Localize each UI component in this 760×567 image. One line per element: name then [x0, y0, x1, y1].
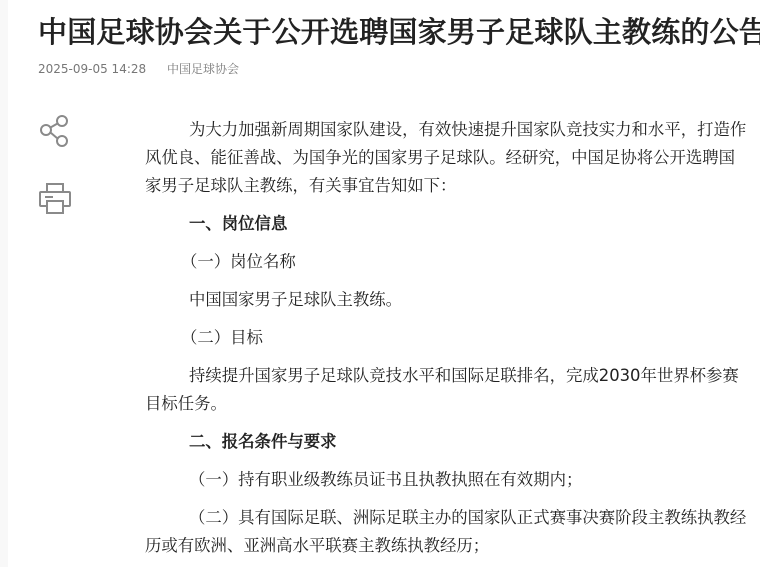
- publish-date: 2025-09-05 14:28: [38, 62, 146, 76]
- page-left-gutter: [0, 0, 8, 567]
- goal-text: 持续提升国家男子足球队竞技水平和国际足联排名，完成2030年世界杯参赛目标任务。: [145, 362, 750, 418]
- subheading-goal: （二）目标: [137, 324, 750, 352]
- position-name-text: 中国国家男子足球队主教练。: [145, 286, 750, 314]
- subheading-position-name: （一）岗位名称: [137, 248, 750, 276]
- share-button[interactable]: [37, 112, 73, 148]
- section-heading-requirements: 二、报名条件与要求: [145, 428, 750, 456]
- section-heading-position-info: 一、岗位信息: [145, 210, 750, 238]
- article-meta: 2025-09-05 14:28 中国足球协会: [38, 60, 256, 77]
- print-button[interactable]: [37, 180, 73, 216]
- requirement-item-2: （二）具有国际足联、洲际足联主办的国家队正式赛事决赛阶段主教练执教经历或有欧洲、…: [145, 504, 750, 560]
- share-icon: [37, 112, 73, 148]
- article-body: 为大力加强新周期国家队建设，有效快速提升国家队竞技实力和水平，打造作风优良、能征…: [145, 116, 750, 567]
- print-icon: [37, 180, 73, 216]
- article-title: 中国足球协会关于公开选聘国家男子足球队主教练的公告: [38, 12, 760, 52]
- requirement-item-1: （一）持有职业级教练员证书且执教执照在有效期内；: [145, 466, 750, 494]
- intro-paragraph: 为大力加强新周期国家队建设，有效快速提升国家队竞技实力和水平，打造作风优良、能征…: [145, 116, 750, 200]
- article-source: 中国足球协会: [167, 62, 239, 76]
